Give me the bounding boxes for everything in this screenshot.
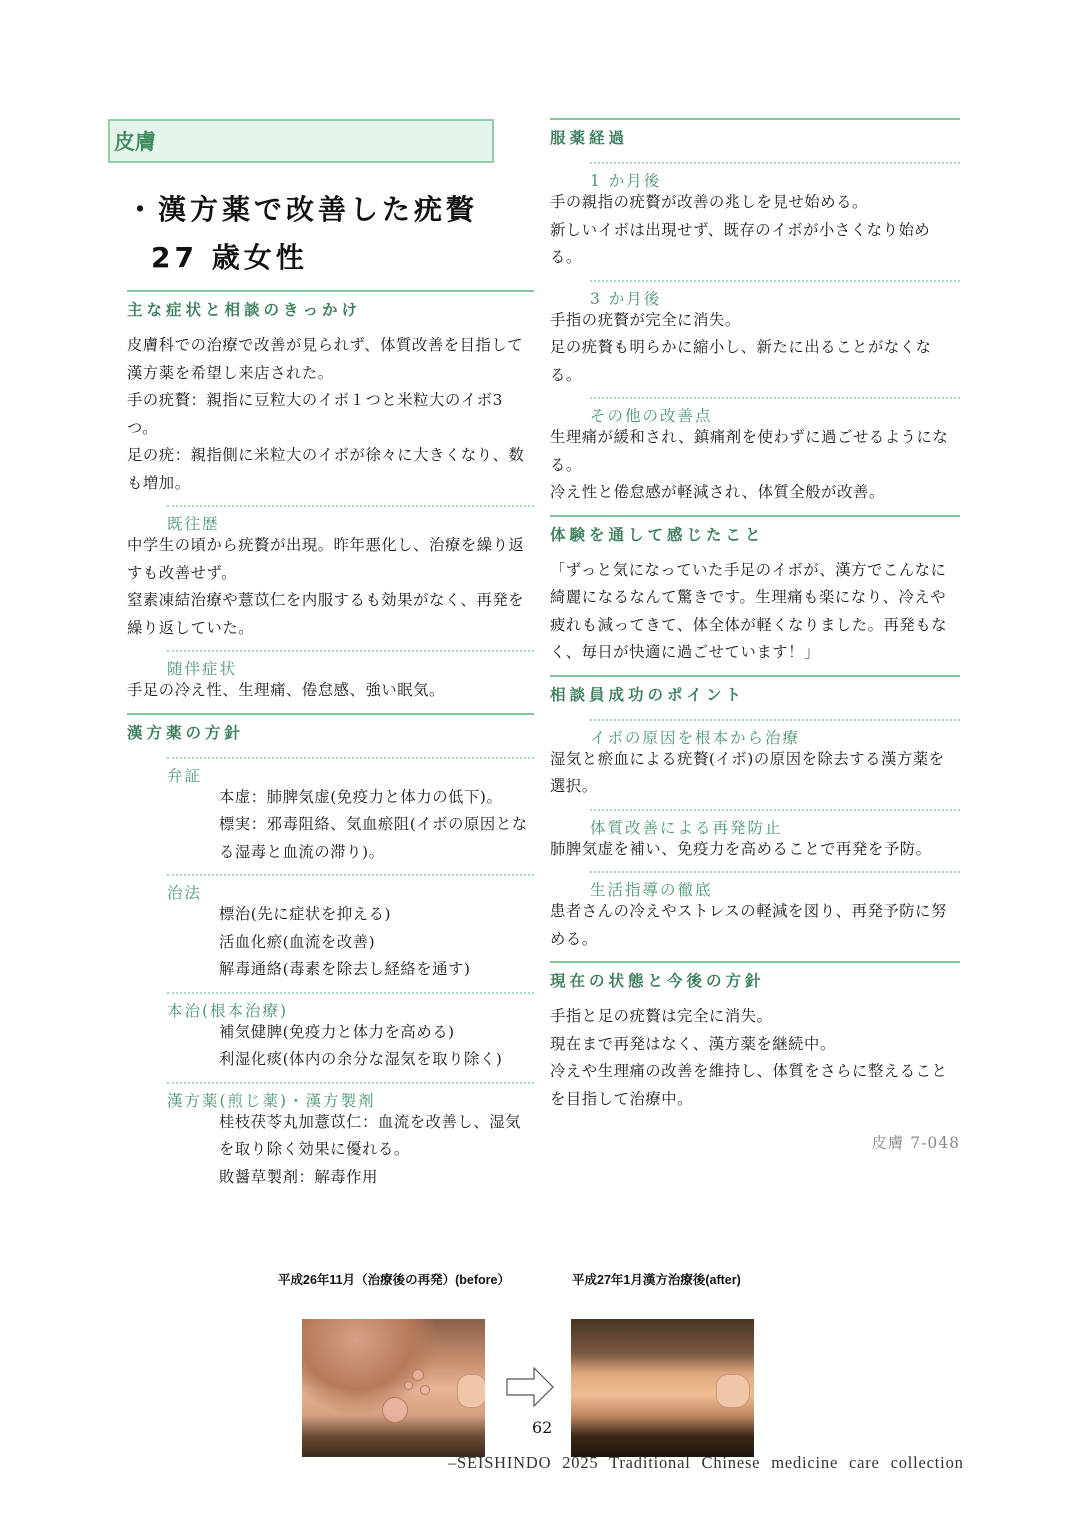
current-line: 手指と足の疣贅は完全に消失。 <box>550 1003 960 1031</box>
subheading-root-treatment: 本治(根本治療) <box>167 992 534 1019</box>
section-heading-policy: 漢方薬の方針 <box>127 713 534 749</box>
history-text: 中学生の頃から疣贅が出現。昨年悪化し、治療を繰り返すも改善せず。 窒素凍結治療や… <box>127 532 534 642</box>
other-improvements-line: 生理痛が緩和され、鎮痛剤を使わずに過ごせるようになる。 <box>550 424 960 479</box>
case-reference: 皮膚 7-048 <box>550 1131 960 1153</box>
diagnosis-line: 本虚：肺脾気虚(免疫力と体力の低下)。 <box>219 784 534 812</box>
other-improvements-text: 生理痛が緩和され、鎮痛剤を使わずに過ごせるようになる。 冷え性と倦怠感が軽減され… <box>550 424 960 507</box>
treatment-text: 標治(先に症状を抑える) 活血化瘀(血流を改善) 解毒通絡(毒素を除去し経絡を通… <box>127 901 534 984</box>
root-treatment-text: 補気健脾(免疫力と体力を高める) 利湿化痰(体内の余分な湿気を取り除く) <box>127 1019 534 1074</box>
symptoms-line: 皮膚科での治療で改善が見られず、体質改善を目指して漢方薬を希望し来店された。 <box>127 332 534 387</box>
subheading-month1: 1 か月後 <box>590 162 960 189</box>
page-title: ・漢方薬で改善した疣贅 27 歳女性 <box>126 186 478 282</box>
medicine-line: 桂枝茯苓丸加薏苡仁：血流を改善し、湿気を取り除く効果に優れる。 <box>219 1109 534 1164</box>
after-photo <box>571 1319 754 1457</box>
wart-mark <box>382 1397 408 1423</box>
section-heading-progress: 服薬経過 <box>550 118 960 154</box>
accompanying-line: 手足の冷え性、生理痛、倦怠感、強い眠気。 <box>127 677 534 705</box>
category-label: 皮膚 <box>114 126 156 156</box>
subheading-constitution: 体質改善による再発防止 <box>590 809 960 836</box>
cause-text: 湿気と瘀血による疣贅(イボ)の原因を除去する漢方薬を選択。 <box>550 746 960 801</box>
accompanying-text: 手足の冷え性、生理痛、倦怠感、強い眠気。 <box>127 677 534 705</box>
title-line-1: ・漢方薬で改善した疣贅 <box>126 193 478 226</box>
footer-text: –SEISHINDO 2025 Traditional Chinese medi… <box>448 1453 964 1473</box>
symptoms-text: 皮膚科での治療で改善が見られず、体質改善を目指して漢方薬を希望し来店された。 手… <box>127 332 534 497</box>
lifestyle-line: 患者さんの冷えやストレスの軽減を図り、再発予防に努める。 <box>550 898 960 953</box>
thumbnail-nail <box>716 1374 750 1408</box>
subheading-lifestyle: 生活指導の徹底 <box>590 871 960 898</box>
section-heading-symptoms: 主な症状と相談のきっかけ <box>127 290 534 326</box>
month1-line: 新しいイボは出現せず、既存のイボが小さくなり始める。 <box>550 217 960 272</box>
before-caption: 平成26年11月（治療後の再発）(before） <box>278 1270 510 1288</box>
category-label-box: 皮膚 <box>108 119 494 163</box>
subheading-accompanying: 随伴症状 <box>167 650 534 677</box>
history-line: 窒素凍結治療や薏苡仁を内服するも効果がなく、再発を繰り返していた。 <box>127 587 534 642</box>
cause-line: 湿気と瘀血による疣贅(イボ)の原因を除去する漢方薬を選択。 <box>550 746 960 801</box>
history-line: 中学生の頃から疣贅が出現。昨年悪化し、治療を繰り返すも改善せず。 <box>127 532 534 587</box>
other-improvements-line: 冷え性と倦怠感が軽減され、体質全般が改善。 <box>550 479 960 507</box>
section-heading-experience: 体験を通して感じたこと <box>550 515 960 551</box>
current-line: 冷えや生理痛の改善を維持し、体質をさらに整えることを目指して治療中。 <box>550 1058 960 1113</box>
wart-mark <box>412 1369 424 1381</box>
month1-line: 手の親指の疣贅が改善の兆しを見せ始める。 <box>550 189 960 217</box>
diagnosis-line: 標実：邪毒阻絡、気血瘀阻(イボの原因となる湿毒と血流の滞り)。 <box>219 811 534 866</box>
section-heading-current: 現在の状態と今後の方針 <box>550 961 960 997</box>
month1-text: 手の親指の疣贅が改善の兆しを見せ始める。 新しいイボは出現せず、既存のイボが小さ… <box>550 189 960 272</box>
current-line: 現在まで再発はなく、漢方薬を継続中。 <box>550 1031 960 1059</box>
after-caption: 平成27年1月漢方治療後(after) <box>572 1270 741 1288</box>
month3-text: 手指の疣贅が完全に消失。 足の疣贅も明らかに縮小し、新たに出ることがなくなる。 <box>550 307 960 390</box>
subheading-history: 既往歴 <box>167 505 534 532</box>
wart-mark <box>420 1385 430 1395</box>
symptoms-line: 手の疣贅：親指に豆粒大のイボ１つと米粒大のイボ3つ。 <box>127 387 534 442</box>
root-treatment-line: 利湿化痰(体内の余分な湿気を取り除く) <box>219 1046 534 1074</box>
root-treatment-line: 補気健脾(免疫力と体力を高める) <box>219 1019 534 1047</box>
subheading-diagnosis: 弁証 <box>167 757 534 784</box>
arrow-right-icon <box>506 1367 554 1407</box>
subheading-month3: 3 か月後 <box>590 280 960 307</box>
month3-line: 足の疣贅も明らかに縮小し、新たに出ることがなくなる。 <box>550 334 960 389</box>
wart-mark <box>404 1381 413 1390</box>
treatment-line: 標治(先に症状を抑える) <box>219 901 534 929</box>
thumbnail-nail <box>457 1374 485 1408</box>
current-text: 手指と足の疣贅は完全に消失。 現在まで再発はなく、漢方薬を継続中。 冷えや生理痛… <box>550 1003 960 1113</box>
treatment-line: 活血化瘀(血流を改善) <box>219 929 534 957</box>
experience-quote: 「ずっと気になっていた手足のイボが、漢方でこんなに綺麗になるなんて驚きです。生理… <box>550 557 960 667</box>
subheading-other-improvements: その他の改善点 <box>590 397 960 424</box>
diagnosis-text: 本虚：肺脾気虚(免疫力と体力の低下)。 標実：邪毒阻絡、気血瘀阻(イボの原因とな… <box>127 784 534 867</box>
before-photo <box>302 1319 485 1457</box>
title-line-2: 27 歳女性 <box>126 234 478 282</box>
right-column: 服薬経過 1 か月後 手の親指の疣贅が改善の兆しを見せ始める。 新しいイボは出現… <box>550 118 960 1153</box>
photo-captions: 平成26年11月（治療後の再発）(before） 平成27年1月漢方治療後(af… <box>0 1270 1075 1290</box>
medicine-text: 桂枝茯苓丸加薏苡仁：血流を改善し、湿気を取り除く効果に優れる。 敗醤草製剤：解毒… <box>127 1109 534 1192</box>
month3-line: 手指の疣贅が完全に消失。 <box>550 307 960 335</box>
left-column: 主な症状と相談のきっかけ 皮膚科での治療で改善が見られず、体質改善を目指して漢方… <box>127 290 534 1191</box>
constitution-text: 肺脾気虚を補い、免疫力を高めることで再発を予防。 <box>550 836 960 864</box>
subheading-medicine: 漢方薬(煎じ薬)・漢方製剤 <box>167 1082 534 1109</box>
treatment-line: 解毒通絡(毒素を除去し経絡を通す) <box>219 956 534 984</box>
subheading-cause: イボの原因を根本から治療 <box>590 719 960 746</box>
symptoms-line: 足の疣：親指側に米粒大のイボが徐々に大きくなり、数も増加。 <box>127 442 534 497</box>
section-heading-points: 相談員成功のポイント <box>550 675 960 711</box>
page-number: 62 <box>532 1418 552 1437</box>
constitution-line: 肺脾気虚を補い、免疫力を高めることで再発を予防。 <box>550 836 960 864</box>
medicine-line: 敗醤草製剤：解毒作用 <box>219 1164 534 1192</box>
subheading-treatment: 治法 <box>167 874 534 901</box>
lifestyle-text: 患者さんの冷えやストレスの軽減を図り、再発予防に努める。 <box>550 898 960 953</box>
